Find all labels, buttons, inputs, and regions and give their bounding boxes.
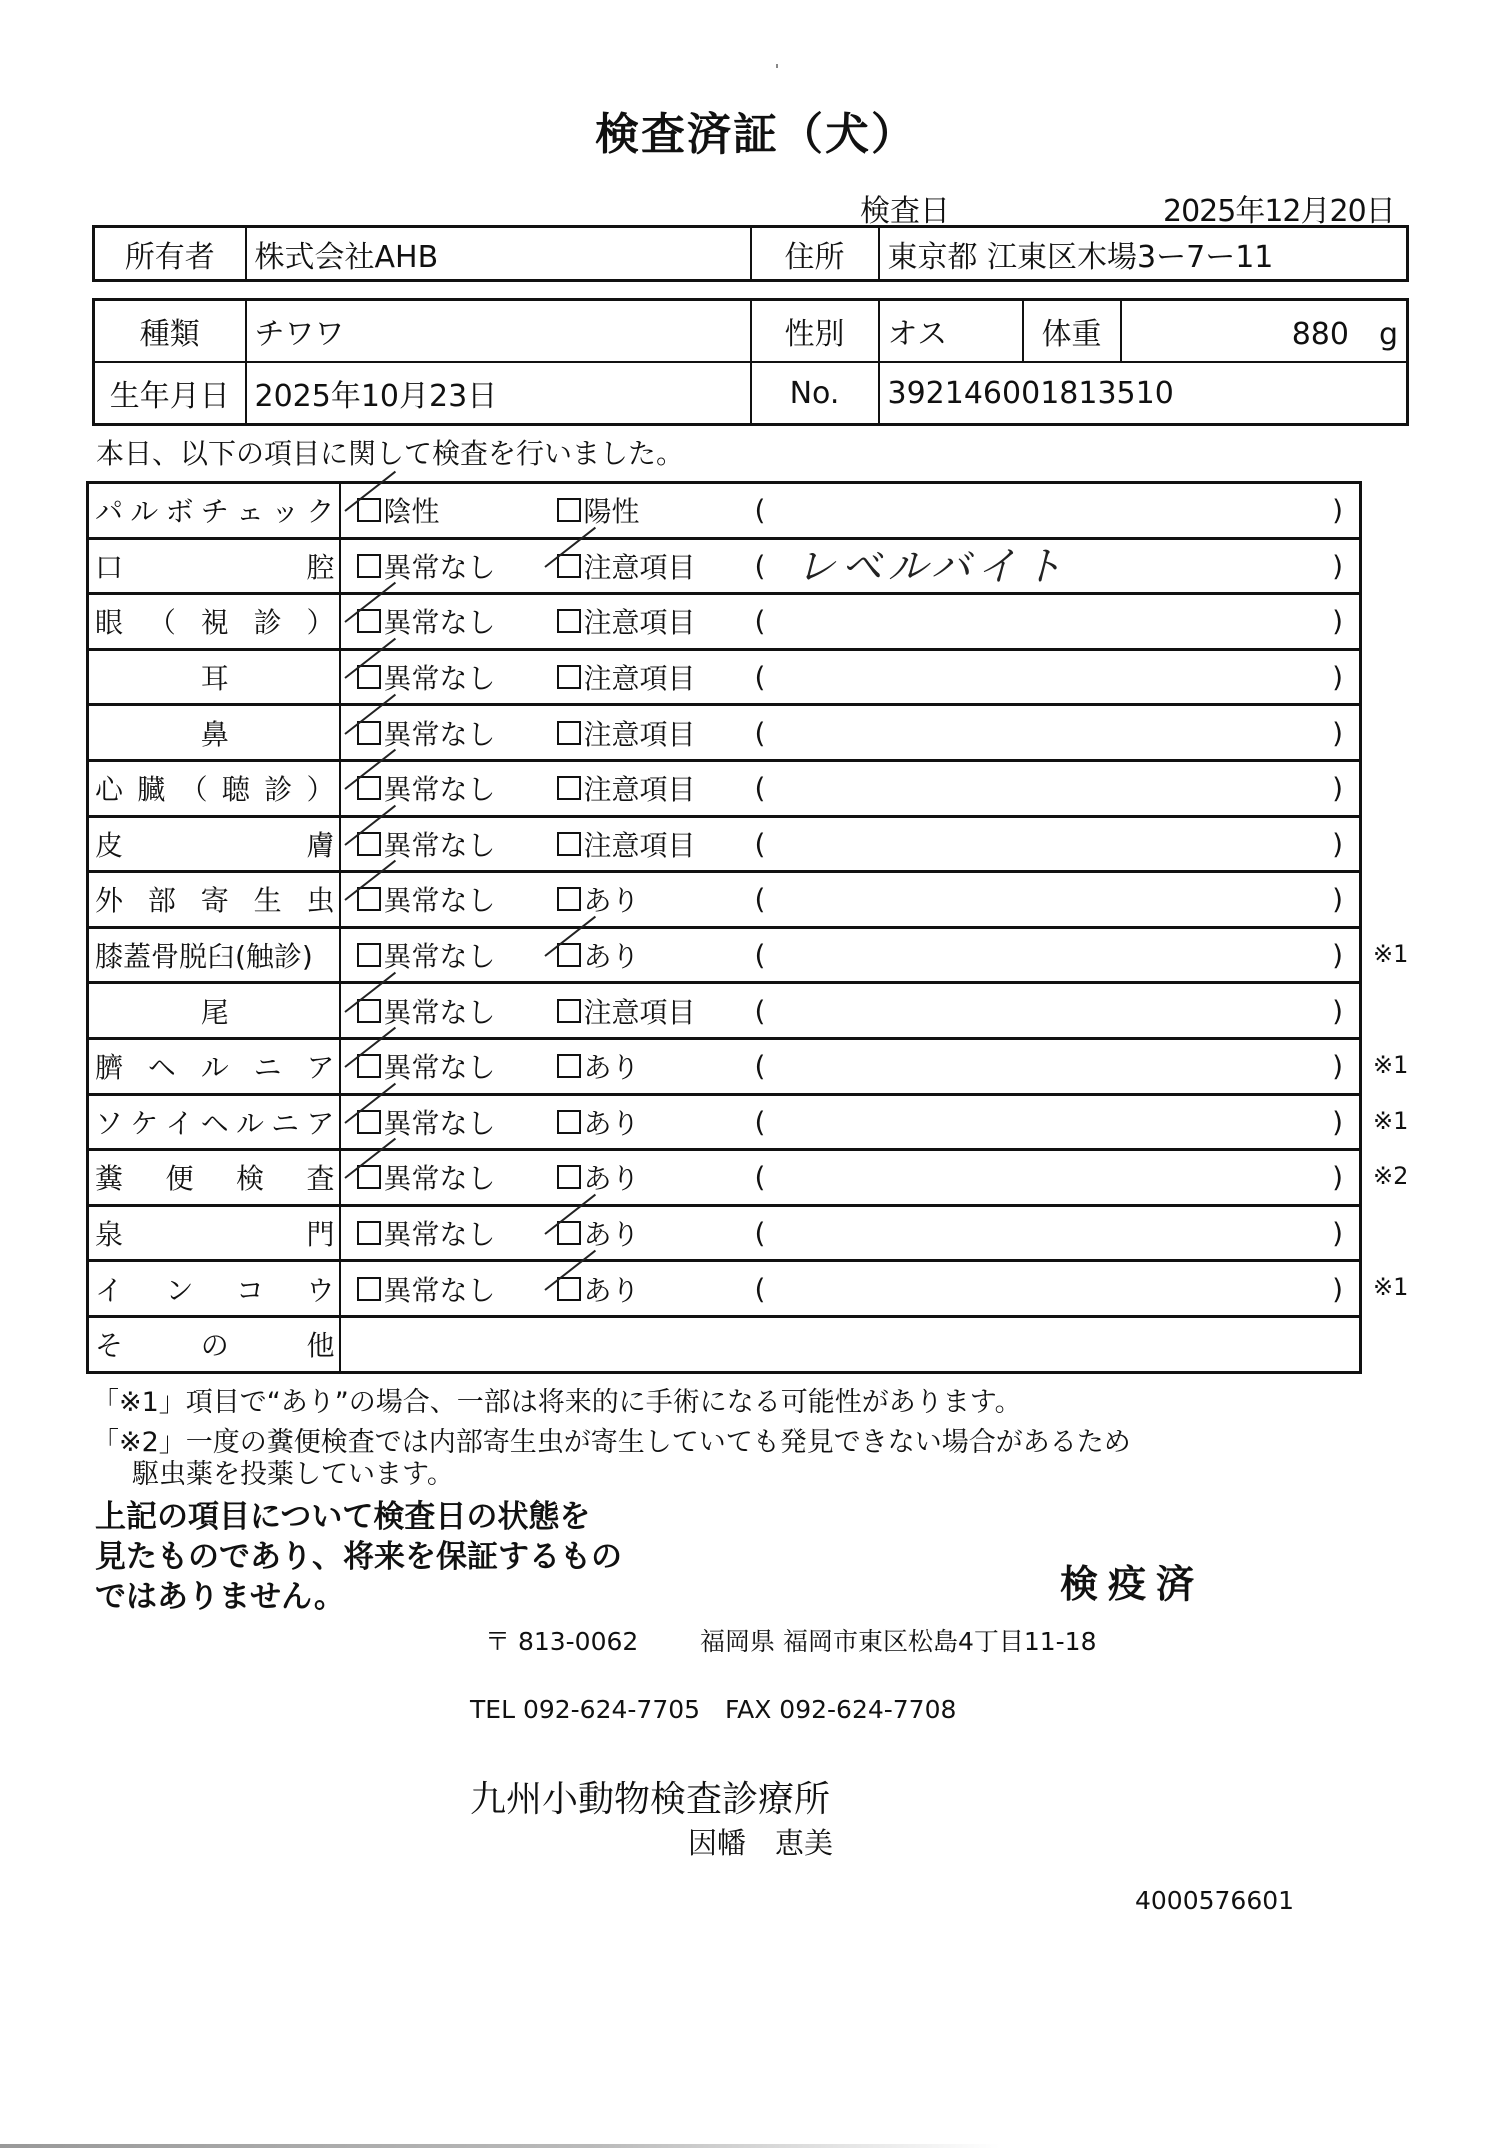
- checkbox-icon[interactable]: [557, 721, 581, 745]
- disclaimer-line: 上記の項目について検査日の状態を: [95, 1497, 622, 1537]
- label-char: パ: [95, 490, 123, 530]
- label-char: （: [180, 768, 208, 808]
- clinic-phone: TEL 092-624-7705 FAX 092-624-7708: [470, 1690, 956, 1726]
- disclaimer-line: 見たものであり、将来を保証するもの: [95, 1537, 622, 1577]
- checked-checkbox-icon[interactable]: [357, 1110, 381, 1134]
- option-normal[interactable]: 異常なし: [357, 601, 496, 641]
- footnote-reference-mark: ※1: [1373, 1273, 1408, 1301]
- label-char: 眼: [95, 601, 123, 641]
- label-char: 門: [306, 1213, 334, 1253]
- footnote-reference-mark: ※1: [1373, 1051, 1408, 1079]
- checkbox-icon[interactable]: [557, 1054, 581, 1078]
- option-normal[interactable]: 異常なし: [357, 1157, 496, 1197]
- checklist-row-body: [340, 1316, 1361, 1372]
- label-char: 糞: [95, 1157, 123, 1197]
- label-char: ア: [306, 1046, 334, 1086]
- note-open-paren: (: [755, 494, 766, 527]
- label-char: 皮: [95, 824, 123, 864]
- option-normal[interactable]: 陰性: [357, 490, 440, 530]
- label-char: 尾: [201, 991, 229, 1031]
- option-abnormal[interactable]: あり: [557, 935, 640, 975]
- option-label: 異常なし: [384, 935, 496, 975]
- checkbox-icon[interactable]: [557, 498, 581, 522]
- note-close-paren: ): [1332, 1105, 1343, 1138]
- option-label: 陽性: [584, 490, 640, 530]
- owner-label: 所有者: [94, 227, 246, 281]
- note-close-paren: ): [1332, 1050, 1343, 1083]
- option-normal[interactable]: 異常なし: [357, 935, 496, 975]
- checklist-row-body: 異常なし注意項目(): [340, 816, 1361, 872]
- checklist-row-label: パルボチェック: [88, 483, 340, 539]
- label-char: ）: [306, 768, 334, 808]
- label-char: ウ: [306, 1269, 334, 1309]
- checklist-row: 尾異常なし注意項目(): [88, 983, 1361, 1039]
- checklist-row-label: 心臓（聴診）: [88, 760, 340, 816]
- label-char: イ: [165, 1102, 193, 1142]
- checklist-row-body: 異常なし注意項目(): [340, 705, 1361, 761]
- checklist-row: 膝蓋骨脱臼(触診)異常なしあり(): [88, 927, 1361, 983]
- clinic-address: 福岡県 福岡市東区松島4丁目11-18: [700, 1622, 1097, 1658]
- checklist-row-label: 耳: [88, 649, 340, 705]
- label-char: ル: [130, 490, 158, 530]
- label-char: 部: [148, 879, 176, 919]
- option-label: 陰性: [384, 490, 440, 530]
- label-char: ヘ: [148, 1046, 176, 1086]
- option-label: あり: [584, 935, 640, 975]
- label-char: ボ: [165, 490, 193, 530]
- checklist-row-label: 泉門: [88, 1205, 340, 1261]
- option-label: あり: [584, 1046, 640, 1086]
- option-label: 異常なし: [384, 1102, 496, 1142]
- note-open-paren: (: [755, 1272, 766, 1305]
- option-label: 注意項目: [584, 768, 696, 808]
- checklist-row-body: 異常なしあり(): [340, 1150, 1361, 1206]
- checklist-row-label: 膝蓋骨脱臼(触診): [88, 927, 340, 983]
- label-char: 生: [254, 879, 282, 919]
- label-char: ソ: [95, 1102, 123, 1142]
- note-open-paren: (: [755, 883, 766, 916]
- option-label: あり: [584, 1157, 640, 1197]
- option-label: 注意項目: [584, 601, 696, 641]
- label-char: 便: [165, 1157, 193, 1197]
- checked-checkbox-icon[interactable]: [357, 776, 381, 800]
- option-label: 異常なし: [384, 657, 496, 697]
- checklist-row: その他: [88, 1316, 1361, 1372]
- footnote-reference-mark: ※2: [1373, 1162, 1408, 1190]
- label-char: コ: [236, 1269, 264, 1309]
- checkbox-icon[interactable]: [357, 1221, 381, 1245]
- label-char: 聴: [222, 768, 250, 808]
- option-abnormal[interactable]: 陽性: [557, 490, 640, 530]
- owner-value: 株式会社AHB: [246, 227, 751, 281]
- checklist-row-label: 口腔: [88, 538, 340, 594]
- option-normal[interactable]: 異常なし: [357, 991, 496, 1031]
- option-abnormal[interactable]: あり: [557, 1102, 640, 1142]
- option-normal[interactable]: 異常なし: [357, 657, 496, 697]
- option-label: 異常なし: [384, 824, 496, 864]
- label-char: 診: [254, 601, 282, 641]
- option-normal[interactable]: 異常なし: [357, 1269, 496, 1309]
- option-label: あり: [584, 1102, 640, 1142]
- label-char: 鼻: [201, 713, 229, 753]
- note-open-paren: (: [755, 605, 766, 638]
- checkbox-icon[interactable]: [557, 999, 581, 1023]
- option-abnormal[interactable]: あり: [557, 1213, 640, 1253]
- note-close-paren: ): [1332, 939, 1343, 972]
- checklist-row-body: 異常なしあり(): [340, 1094, 1361, 1150]
- option-label: 注意項目: [584, 546, 696, 586]
- checklist-row-label: インコウ: [88, 1261, 340, 1317]
- note-close-paren: ): [1332, 1217, 1343, 1250]
- option-normal[interactable]: 異常なし: [357, 1046, 496, 1086]
- label-char: 検: [236, 1157, 264, 1197]
- breed-value: チワワ: [246, 300, 751, 363]
- checklist-row-label: 尾: [88, 983, 340, 1039]
- checklist-row-label: 鼻: [88, 705, 340, 761]
- scan-edge: [0, 2144, 1000, 2148]
- footnote-reference-mark: ※1: [1373, 1107, 1408, 1135]
- option-abnormal[interactable]: 注意項目: [557, 546, 696, 586]
- no-label: No.: [751, 362, 879, 425]
- option-label: 異常なし: [384, 1157, 496, 1197]
- veterinarian-name: 因幡 恵美: [688, 1821, 833, 1862]
- note-open-paren: (: [755, 549, 766, 582]
- option-abnormal[interactable]: 注意項目: [557, 824, 696, 864]
- checklist-row-body: 陰性陽性(): [340, 483, 1361, 539]
- checklist-row-body: 異常なしあり(): [340, 872, 1361, 928]
- checked-checkbox-icon[interactable]: [357, 609, 381, 633]
- checked-checkbox-icon[interactable]: [357, 887, 381, 911]
- footnote-1: 「※1」項目で“あり”の場合、一部は将来的に手術になる可能性があります。: [92, 1380, 1022, 1419]
- option-abnormal[interactable]: あり: [557, 1157, 640, 1197]
- checked-checkbox-icon[interactable]: [357, 832, 381, 856]
- checked-checkbox-icon[interactable]: [357, 1165, 381, 1189]
- option-label: 異常なし: [384, 768, 496, 808]
- scan-speck: [776, 64, 778, 68]
- checkbox-icon[interactable]: [557, 832, 581, 856]
- checklist-row-body: 異常なし注意項目()レベルバイト: [340, 538, 1361, 594]
- label-char: 査: [306, 1157, 334, 1197]
- exam-date-value: 2025年12月20日: [1163, 186, 1395, 230]
- disclaimer-line: ではありません。: [95, 1577, 622, 1617]
- exam-date-label: 検査日: [860, 186, 950, 230]
- checked-checkbox-icon[interactable]: [557, 943, 581, 967]
- checklist-row: ソケイヘルニア異常なしあり(): [88, 1094, 1361, 1150]
- option-normal[interactable]: 異常なし: [357, 546, 496, 586]
- checked-checkbox-icon[interactable]: [557, 1277, 581, 1301]
- option-normal[interactable]: 異常なし: [357, 713, 496, 753]
- checklist-row-body: 異常なしあり(): [340, 1261, 1361, 1317]
- label-char: ェ: [236, 490, 264, 530]
- note-open-paren: (: [755, 994, 766, 1027]
- checklist-row-body: 異常なしあり(): [340, 1205, 1361, 1261]
- checklist-row-label: 皮膚: [88, 816, 340, 872]
- owner-table: 所有者 株式会社AHB 住所 東京都 江東区木場3ー7ー11: [92, 225, 1409, 282]
- option-label: あり: [584, 1269, 640, 1309]
- label-char: 耳: [201, 657, 229, 697]
- label-char: ニ: [271, 1102, 299, 1142]
- checked-checkbox-icon[interactable]: [357, 665, 381, 689]
- disclaimer: 上記の項目について検査日の状態を 見たものであり、将来を保証するもの ではありま…: [95, 1497, 622, 1617]
- birth-value: 2025年10月23日: [246, 362, 751, 425]
- checklist-row: 臍ヘルニア異常なしあり(): [88, 1038, 1361, 1094]
- checklist-row-body: 異常なし注意項目(): [340, 649, 1361, 705]
- label-char: ア: [306, 1102, 334, 1142]
- checklist-row: 心臓（聴診）異常なし注意項目(): [88, 760, 1361, 816]
- checklist-row: 泉門異常なしあり(): [88, 1205, 1361, 1261]
- label-char: ）: [306, 601, 334, 641]
- label-char: チ: [201, 490, 229, 530]
- option-normal[interactable]: 異常なし: [357, 1213, 496, 1253]
- note-close-paren: ): [1332, 661, 1343, 694]
- sex-label: 性別: [751, 300, 879, 363]
- label-char: 他: [306, 1324, 334, 1364]
- option-label: あり: [584, 879, 640, 919]
- label-char: 膚: [306, 824, 334, 864]
- checklist-row-body: 異常なし注意項目(): [340, 983, 1361, 1039]
- option-label: 注意項目: [584, 824, 696, 864]
- option-normal[interactable]: 異常なし: [357, 1102, 496, 1142]
- note-open-paren: (: [755, 716, 766, 749]
- weight-value: 880 g: [1121, 300, 1408, 363]
- label-char: ニ: [254, 1046, 282, 1086]
- label-char: 外: [95, 879, 123, 919]
- option-label: 異常なし: [384, 1046, 496, 1086]
- note-close-paren: ): [1332, 994, 1343, 1027]
- checkbox-icon[interactable]: [557, 887, 581, 911]
- label-char: 視: [201, 601, 229, 641]
- label-char: 診: [264, 768, 292, 808]
- checked-checkbox-icon[interactable]: [357, 999, 381, 1023]
- checked-checkbox-icon[interactable]: [357, 1054, 381, 1078]
- checklist-row: 外部寄生虫異常なしあり(): [88, 872, 1361, 928]
- checklist-row: インコウ異常なしあり(): [88, 1261, 1361, 1317]
- option-label: 異常なし: [384, 1269, 496, 1309]
- label-char: ル: [236, 1102, 264, 1142]
- note-open-paren: (: [755, 827, 766, 860]
- note-open-paren: (: [755, 772, 766, 805]
- label-char: 泉: [95, 1213, 123, 1253]
- footnote-2-cont: 駆虫薬を投薬しています。: [132, 1452, 454, 1491]
- note-open-paren: (: [755, 1050, 766, 1083]
- option-abnormal[interactable]: 注意項目: [557, 713, 696, 753]
- checklist-row-body: 異常なし注意項目(): [340, 760, 1361, 816]
- checked-checkbox-icon[interactable]: [557, 1221, 581, 1245]
- note-open-paren: (: [755, 1217, 766, 1250]
- label-char: の: [201, 1324, 229, 1364]
- label-char: ル: [201, 1046, 229, 1086]
- note-close-paren: ): [1332, 549, 1343, 582]
- checklist-row: 眼（視診）異常なし注意項目(): [88, 594, 1361, 650]
- option-label: 注意項目: [584, 713, 696, 753]
- label-char: ン: [165, 1269, 193, 1309]
- weight-label: 体重: [1023, 300, 1121, 363]
- label-char: 虫: [306, 879, 334, 919]
- checklist-row: 皮膚異常なし注意項目(): [88, 816, 1361, 872]
- label-char: 臓: [137, 768, 165, 808]
- clinic-name: 九州小動物検査診療所: [470, 1771, 830, 1822]
- option-abnormal[interactable]: 注意項目: [557, 991, 696, 1031]
- label-char: イ: [95, 1269, 123, 1309]
- address-label: 住所: [751, 227, 879, 281]
- checklist-row: 口腔異常なし注意項目()レベルバイト: [88, 538, 1361, 594]
- option-abnormal[interactable]: 注意項目: [557, 601, 696, 641]
- option-label: 異常なし: [384, 879, 496, 919]
- label-char: （: [148, 601, 176, 641]
- checkbox-icon[interactable]: [557, 1165, 581, 1189]
- checklist-row-label: 糞便検査: [88, 1150, 340, 1206]
- checkbox-icon[interactable]: [557, 776, 581, 800]
- label-char: 寄: [201, 879, 229, 919]
- option-label: 異常なし: [384, 991, 496, 1031]
- checklist-row: 糞便検査異常なしあり(): [88, 1150, 1361, 1206]
- clinic-postal: 〒 813-0062: [485, 1622, 638, 1658]
- note-close-paren: ): [1332, 1272, 1343, 1305]
- checked-checkbox-icon[interactable]: [557, 554, 581, 578]
- checked-checkbox-icon[interactable]: [357, 721, 381, 745]
- breed-label: 種類: [94, 300, 246, 363]
- option-label: 異常なし: [384, 1213, 496, 1253]
- checkbox-icon[interactable]: [557, 665, 581, 689]
- label-char: ヘ: [201, 1102, 229, 1142]
- birth-label: 生年月日: [94, 362, 246, 425]
- checkbox-icon[interactable]: [557, 1110, 581, 1134]
- option-abnormal[interactable]: あり: [557, 1269, 640, 1309]
- checklist-row: 鼻異常なし注意項目(): [88, 705, 1361, 761]
- option-label: 異常なし: [384, 546, 496, 586]
- handwritten-note: レベルバイト: [796, 535, 1069, 592]
- option-normal[interactable]: 異常なし: [357, 768, 496, 808]
- checklist-row-label: 眼（視診）: [88, 594, 340, 650]
- label-char: 臍: [95, 1046, 123, 1086]
- footnote-reference-mark: ※1: [1373, 940, 1408, 968]
- checkbox-icon[interactable]: [357, 943, 381, 967]
- checklist-row-label: その他: [88, 1316, 340, 1372]
- checked-checkbox-icon[interactable]: [357, 498, 381, 522]
- checklist-row-body: 異常なし注意項目(): [340, 594, 1361, 650]
- checkbox-icon[interactable]: [357, 554, 381, 578]
- note-close-paren: ): [1332, 883, 1343, 916]
- sex-value: オス: [879, 300, 1023, 363]
- checklist-row-label: 臍ヘルニア: [88, 1038, 340, 1094]
- page-title: 検査済証（犬）: [0, 98, 1512, 162]
- label-char: ク: [306, 490, 334, 530]
- option-label: あり: [584, 1213, 640, 1253]
- option-label: 異常なし: [384, 713, 496, 753]
- no-value: 392146001813510: [879, 362, 1408, 425]
- note-open-paren: (: [755, 1105, 766, 1138]
- option-normal[interactable]: 異常なし: [357, 824, 496, 864]
- label-char: 口: [95, 546, 123, 586]
- label-char: 腔: [306, 546, 334, 586]
- quarantine-stamp: 検疫済: [1060, 1553, 1204, 1608]
- checklist-row-body: 異常なしあり(): [340, 1038, 1361, 1094]
- note-open-paren: (: [755, 939, 766, 972]
- checklist-row: パルボチェック陰性陽性(): [88, 483, 1361, 539]
- checkbox-icon[interactable]: [357, 1277, 381, 1301]
- note-open-paren: (: [755, 1161, 766, 1194]
- animal-table: 種類 チワワ 性別 オス 体重 880 g 生年月日 2025年10月23日 N…: [92, 298, 1409, 426]
- checklist-row-label: 外部寄生虫: [88, 872, 340, 928]
- intro-text: 本日、以下の項目に関して検査を行いました。: [96, 432, 684, 472]
- document-number: 4000576601: [1135, 1886, 1294, 1915]
- label-char: ケ: [130, 1102, 158, 1142]
- option-abnormal[interactable]: 注意項目: [557, 657, 696, 697]
- checklist-row-body: 異常なしあり(): [340, 927, 1361, 983]
- address-value: 東京都 江東区木場3ー7ー11: [879, 227, 1408, 281]
- checklist-row-label: ソケイヘルニア: [88, 1094, 340, 1150]
- checklist-table: パルボチェック陰性陽性()口腔異常なし注意項目()レベルバイト眼（視診）異常なし…: [86, 481, 1362, 1374]
- label-char: 膝蓋骨脱臼(触診): [95, 935, 313, 975]
- option-abnormal[interactable]: 注意項目: [557, 768, 696, 808]
- option-abnormal[interactable]: あり: [557, 879, 640, 919]
- note-close-paren: ): [1332, 1161, 1343, 1194]
- option-label: 注意項目: [584, 991, 696, 1031]
- option-abnormal[interactable]: あり: [557, 1046, 640, 1086]
- note-close-paren: ): [1332, 494, 1343, 527]
- option-label: 注意項目: [584, 657, 696, 697]
- note-close-paren: ): [1332, 827, 1343, 860]
- option-label: 異常なし: [384, 601, 496, 641]
- note-close-paren: ): [1332, 605, 1343, 638]
- label-char: ッ: [271, 490, 299, 530]
- checklist-row: 耳異常なし注意項目(): [88, 649, 1361, 705]
- checkbox-icon[interactable]: [557, 609, 581, 633]
- label-char: 心: [95, 768, 123, 808]
- note-close-paren: ): [1332, 716, 1343, 749]
- note-close-paren: ): [1332, 772, 1343, 805]
- option-normal[interactable]: 異常なし: [357, 879, 496, 919]
- note-open-paren: (: [755, 661, 766, 694]
- label-char: そ: [95, 1324, 123, 1364]
